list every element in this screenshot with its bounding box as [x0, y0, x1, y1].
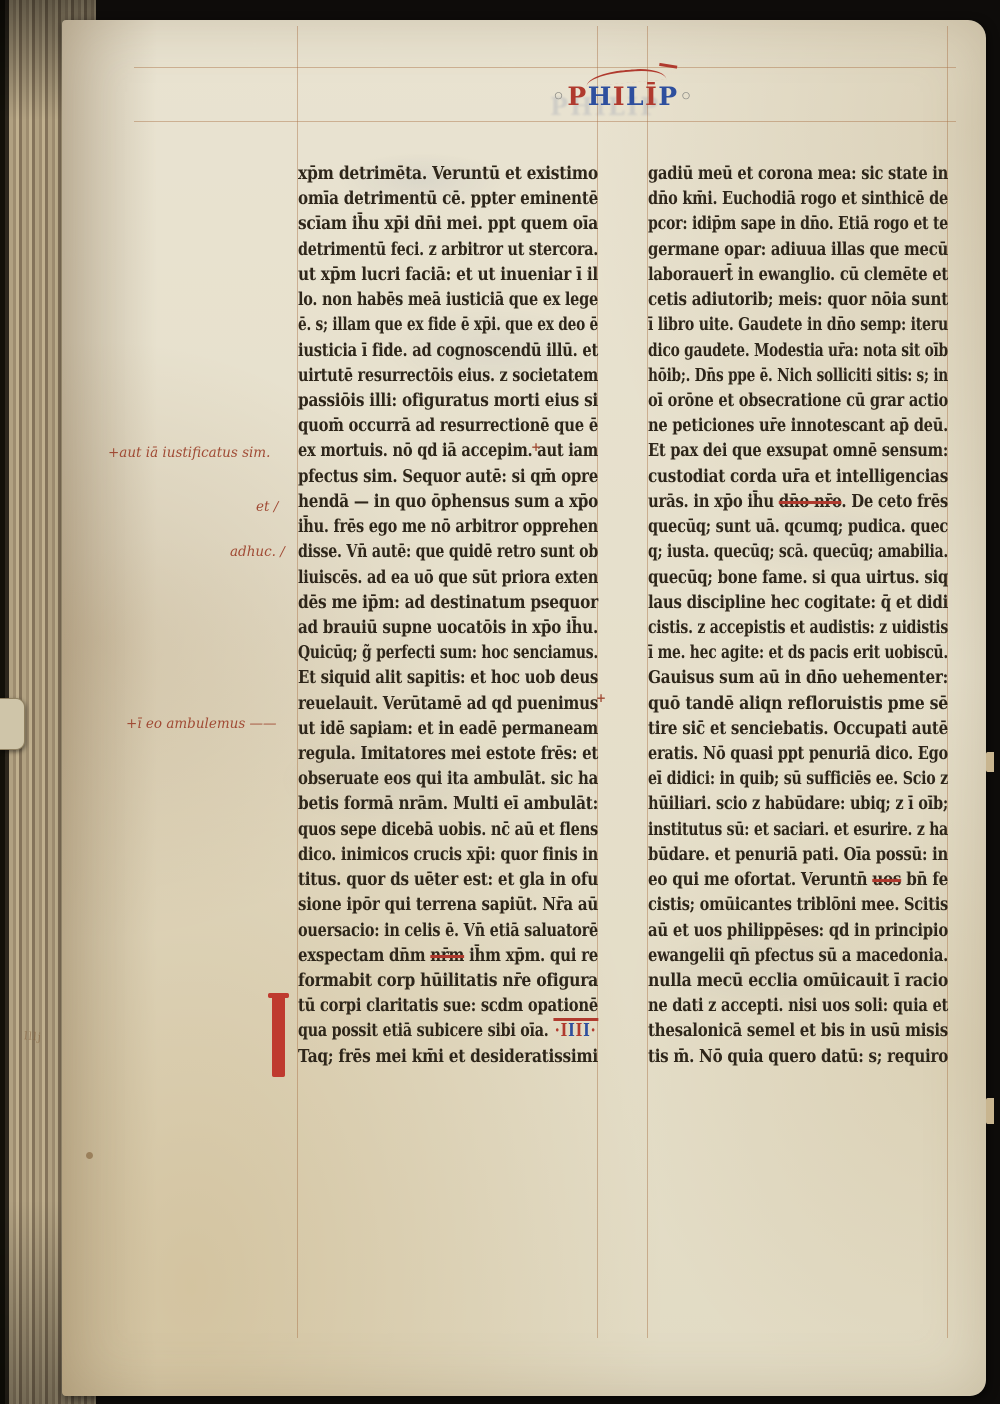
correction-cross: + [531, 440, 541, 454]
vellum-tab [0, 698, 25, 750]
text-line: eratis. Nō quasi ppt penuriā dico. Ego [648, 744, 948, 769]
text-line: nulla mecū ecclia omūicauit ī racio [648, 971, 948, 996]
text-line: Et pax dei que exsupat omnē sensum: [648, 441, 948, 466]
text-line: oī orōne et obsecratione cū grar actio [648, 391, 948, 416]
text-column-right: gadiū meū et corona mea: sic state indn̄… [648, 164, 948, 1072]
text-line: exspectam dn̄m nr̄m ih̄m xp̄m. qui re [298, 946, 598, 971]
text-line: scīam ih̄u xp̄i dn̄i mei. ppt quem oīa [298, 214, 598, 239]
text-line: hendā — in quo ōphensus sum a xp̄o [298, 492, 598, 517]
next-page-edge [986, 1098, 994, 1124]
text-line: ī me. hec agite: et ds pacis erit uobisc… [648, 643, 948, 668]
margin-note: et ∕ [256, 499, 278, 515]
text-line: betis formā nrām. Multi eī ambulāt: [298, 794, 598, 819]
red-struck-text: dn̄o nr̄o [779, 492, 842, 512]
next-page-edge [986, 752, 994, 772]
text-line: Gauisus sum aū in dn̄o uehementer: [648, 668, 948, 693]
ruling-line [134, 121, 956, 122]
red-struck-text: nr̄m [430, 946, 464, 966]
text-line: ad brauiū supne uocatōis in xp̄o ih̄u. [298, 618, 598, 643]
text-line: custodiat corda ur̄a et intelligencias [648, 467, 948, 492]
text-line: hōib;. Dn̄s ppe ē. Nich solliciti sitis:… [648, 366, 948, 391]
text-line: Et siquid alit sapitis: et hoc uob deus [298, 668, 598, 693]
text-line: quecūq; sunt uā. qcumq; pudica. quec [648, 517, 948, 542]
manuscript-scan: PHILIP ◦PHILĪP◦ xp̄m detrimēta. Veruntū … [0, 0, 1000, 1404]
margin-note: adhuc. ∕ [230, 544, 285, 560]
text-line: obseruate eos qui ita ambulāt. sic ha [298, 769, 598, 794]
running-title: ◦PHILĪP◦ [473, 82, 773, 111]
text-line: quō tandē aliqn refloruistis pme sē [648, 694, 948, 719]
text-line: germane opar: adiuua illas que mecū [648, 240, 948, 265]
text-line: ē. s; illam que ex fide ē xp̄i. que ex d… [298, 315, 598, 340]
margin-note: +ī eo ambulemus —— [126, 716, 277, 732]
text-line: sione ipōr qui terrena sapiūt. Nr̄a aū [298, 895, 598, 920]
text-line: eo qui me ofortat. Veruntn̄ uos bn̄ fe [648, 870, 948, 895]
title-letter: P [658, 82, 678, 111]
text-line: thesalonicā semel et bis in usū misis [648, 1021, 948, 1046]
text-line: dn̄o km̄i. Euchodiā rogo et sinthicē de [648, 189, 948, 214]
text-line: detrimentū feci. z arbitror ut stercora. [298, 240, 598, 265]
text-line: laborauert̄ in ewanglio. cū clemēte et [648, 265, 948, 290]
text-line: būdare. et penuriā pati. Oīa possū: in [648, 845, 948, 870]
text-line: cetis adiutorib; meis: quor nōia sunt [648, 290, 948, 315]
text-line: dico gaudete. Modestia ur̄a: nota sit oī… [648, 341, 948, 366]
text-line: ex mortuis. nō qd iā accepim. aut iam [298, 441, 598, 466]
text-line: ī libro uite. Gaudete in dn̄o semp: iter… [648, 315, 948, 340]
correction-cross: + [596, 691, 606, 705]
text-line: quecūq; bone fame. si qua uirtus. siq [648, 568, 948, 593]
text-line: quom̄ occurrā ad resurrectionē que ē [298, 416, 598, 441]
text-line: titus. quor ds uēter est: et gla in ofu [298, 870, 598, 895]
red-struck-text: uos [872, 870, 901, 890]
title-letter: H [588, 82, 613, 111]
text-line: uirtutē resurrectōis eius. z societatem [298, 366, 598, 391]
text-line: tis m̄. Nō quia quero datū: s; requiro [648, 1047, 948, 1072]
text-line: ne dati z accepti. nisi uos soli: quia e… [648, 996, 948, 1021]
text-line: regula. Imitatores mei estote frēs: et [298, 744, 598, 769]
title-letter: I [613, 82, 626, 111]
text-line: institutus sū: et saciari. et esurire. z… [648, 820, 948, 845]
text-line: urās. in xp̄o ih̄u dn̄o nr̄o. De ceto fr… [648, 492, 948, 517]
text-line: hūiliari. scio z habūdare: ubiq; z ī oīb… [648, 794, 948, 819]
text-line: aū et uos philippēses: qd in principio [648, 921, 948, 946]
title-letter: ◦ [551, 82, 567, 111]
text-line: Quicūq; g̃ perfecti sum: hoc senciamus. [298, 643, 598, 668]
chapter-numeral: ·IIII· [553, 1018, 598, 1041]
ruling-line [134, 67, 956, 68]
text-line: omīa detrimentū cē. ppter eminentē [298, 189, 598, 214]
text-line: reuelauit. Verūtamē ad qd puenimus [298, 694, 598, 719]
text-line: qua possit etiā subicere sibi oīa. ·IIII… [298, 1021, 598, 1046]
text-line: laus discipline hec cogitate: q̄ et didi [648, 593, 948, 618]
text-line: cistis. z accepistis et audistis: z uidi… [648, 618, 948, 643]
title-letter: P [567, 82, 587, 111]
margin-note: +aut iā iustificatus sim. [108, 445, 270, 461]
text-line: ih̄u. frēs ego me nō arbitror opprehen [298, 517, 598, 542]
title-letter: ◦ [679, 82, 695, 111]
quire-mark: lllj [23, 1029, 42, 1044]
text-line: Taq; frēs mei km̄i et desideratissimi [298, 1047, 598, 1072]
text-line: ewangelii qn̄ pfectus sū a macedonia. [648, 946, 948, 971]
text-line: dico. inimicos crucis xp̄i: quor finis i… [298, 845, 598, 870]
text-line: formabit corp hūilitatis nr̄e ofigura [298, 971, 598, 996]
text-line: lo. non habēs meā iusticiā que ex lege [298, 290, 598, 315]
text-column-left: xp̄m detrimēta. Veruntū et existimoomīa … [298, 164, 598, 1072]
text-line: q; iusta. quecūq; scā. quecūq; amabilia. [648, 542, 948, 567]
ink-spot [86, 1152, 93, 1159]
text-line: disse. Vn̄ autē: que quidē retro sunt ob [298, 542, 598, 567]
text-line: xp̄m detrimēta. Veruntū et existimo [298, 164, 598, 189]
text-line: ut xp̄m lucri faciā: et ut inueniar ī il [298, 265, 598, 290]
text-line: eī didici: in quib; sū sufficiēs ee. Sci… [648, 769, 948, 794]
text-line: ut idē sapiam: et in eadē permaneam [298, 719, 598, 744]
title-letter: L [626, 82, 645, 111]
text-line: quos sepe dicebā uobis. nc̄ aū et flens [298, 820, 598, 845]
title-letter: Ī [645, 82, 658, 111]
text-line: cistis; omūicantes triblōni mee. Scitis [648, 895, 948, 920]
chapter-initial [272, 993, 285, 1077]
text-line: pfectus sim. Sequor autē: si qm̄ opre [298, 467, 598, 492]
text-line: passiōis illi: ofiguratus morti eius si [298, 391, 598, 416]
text-line: pcor: idip̄m sape in dn̄o. Etiā rogo et … [648, 214, 948, 239]
text-line: dēs me ip̄m: ad destinatum psequor [298, 593, 598, 618]
text-line: liuiscēs. ad ea uō que sūt priora exten [298, 568, 598, 593]
text-line: gadiū meū et corona mea: sic state in [648, 164, 948, 189]
text-line: iusticia ī fide. ad cognoscendū illū. et [298, 341, 598, 366]
text-line: ouersacio: in celis ē. Vn̄ etiā saluator… [298, 921, 598, 946]
text-line: ne peticiones ur̄e innotescant ap̄ deū. [648, 416, 948, 441]
text-line: tire sic̄ et senciebatis. Occupati autē [648, 719, 948, 744]
